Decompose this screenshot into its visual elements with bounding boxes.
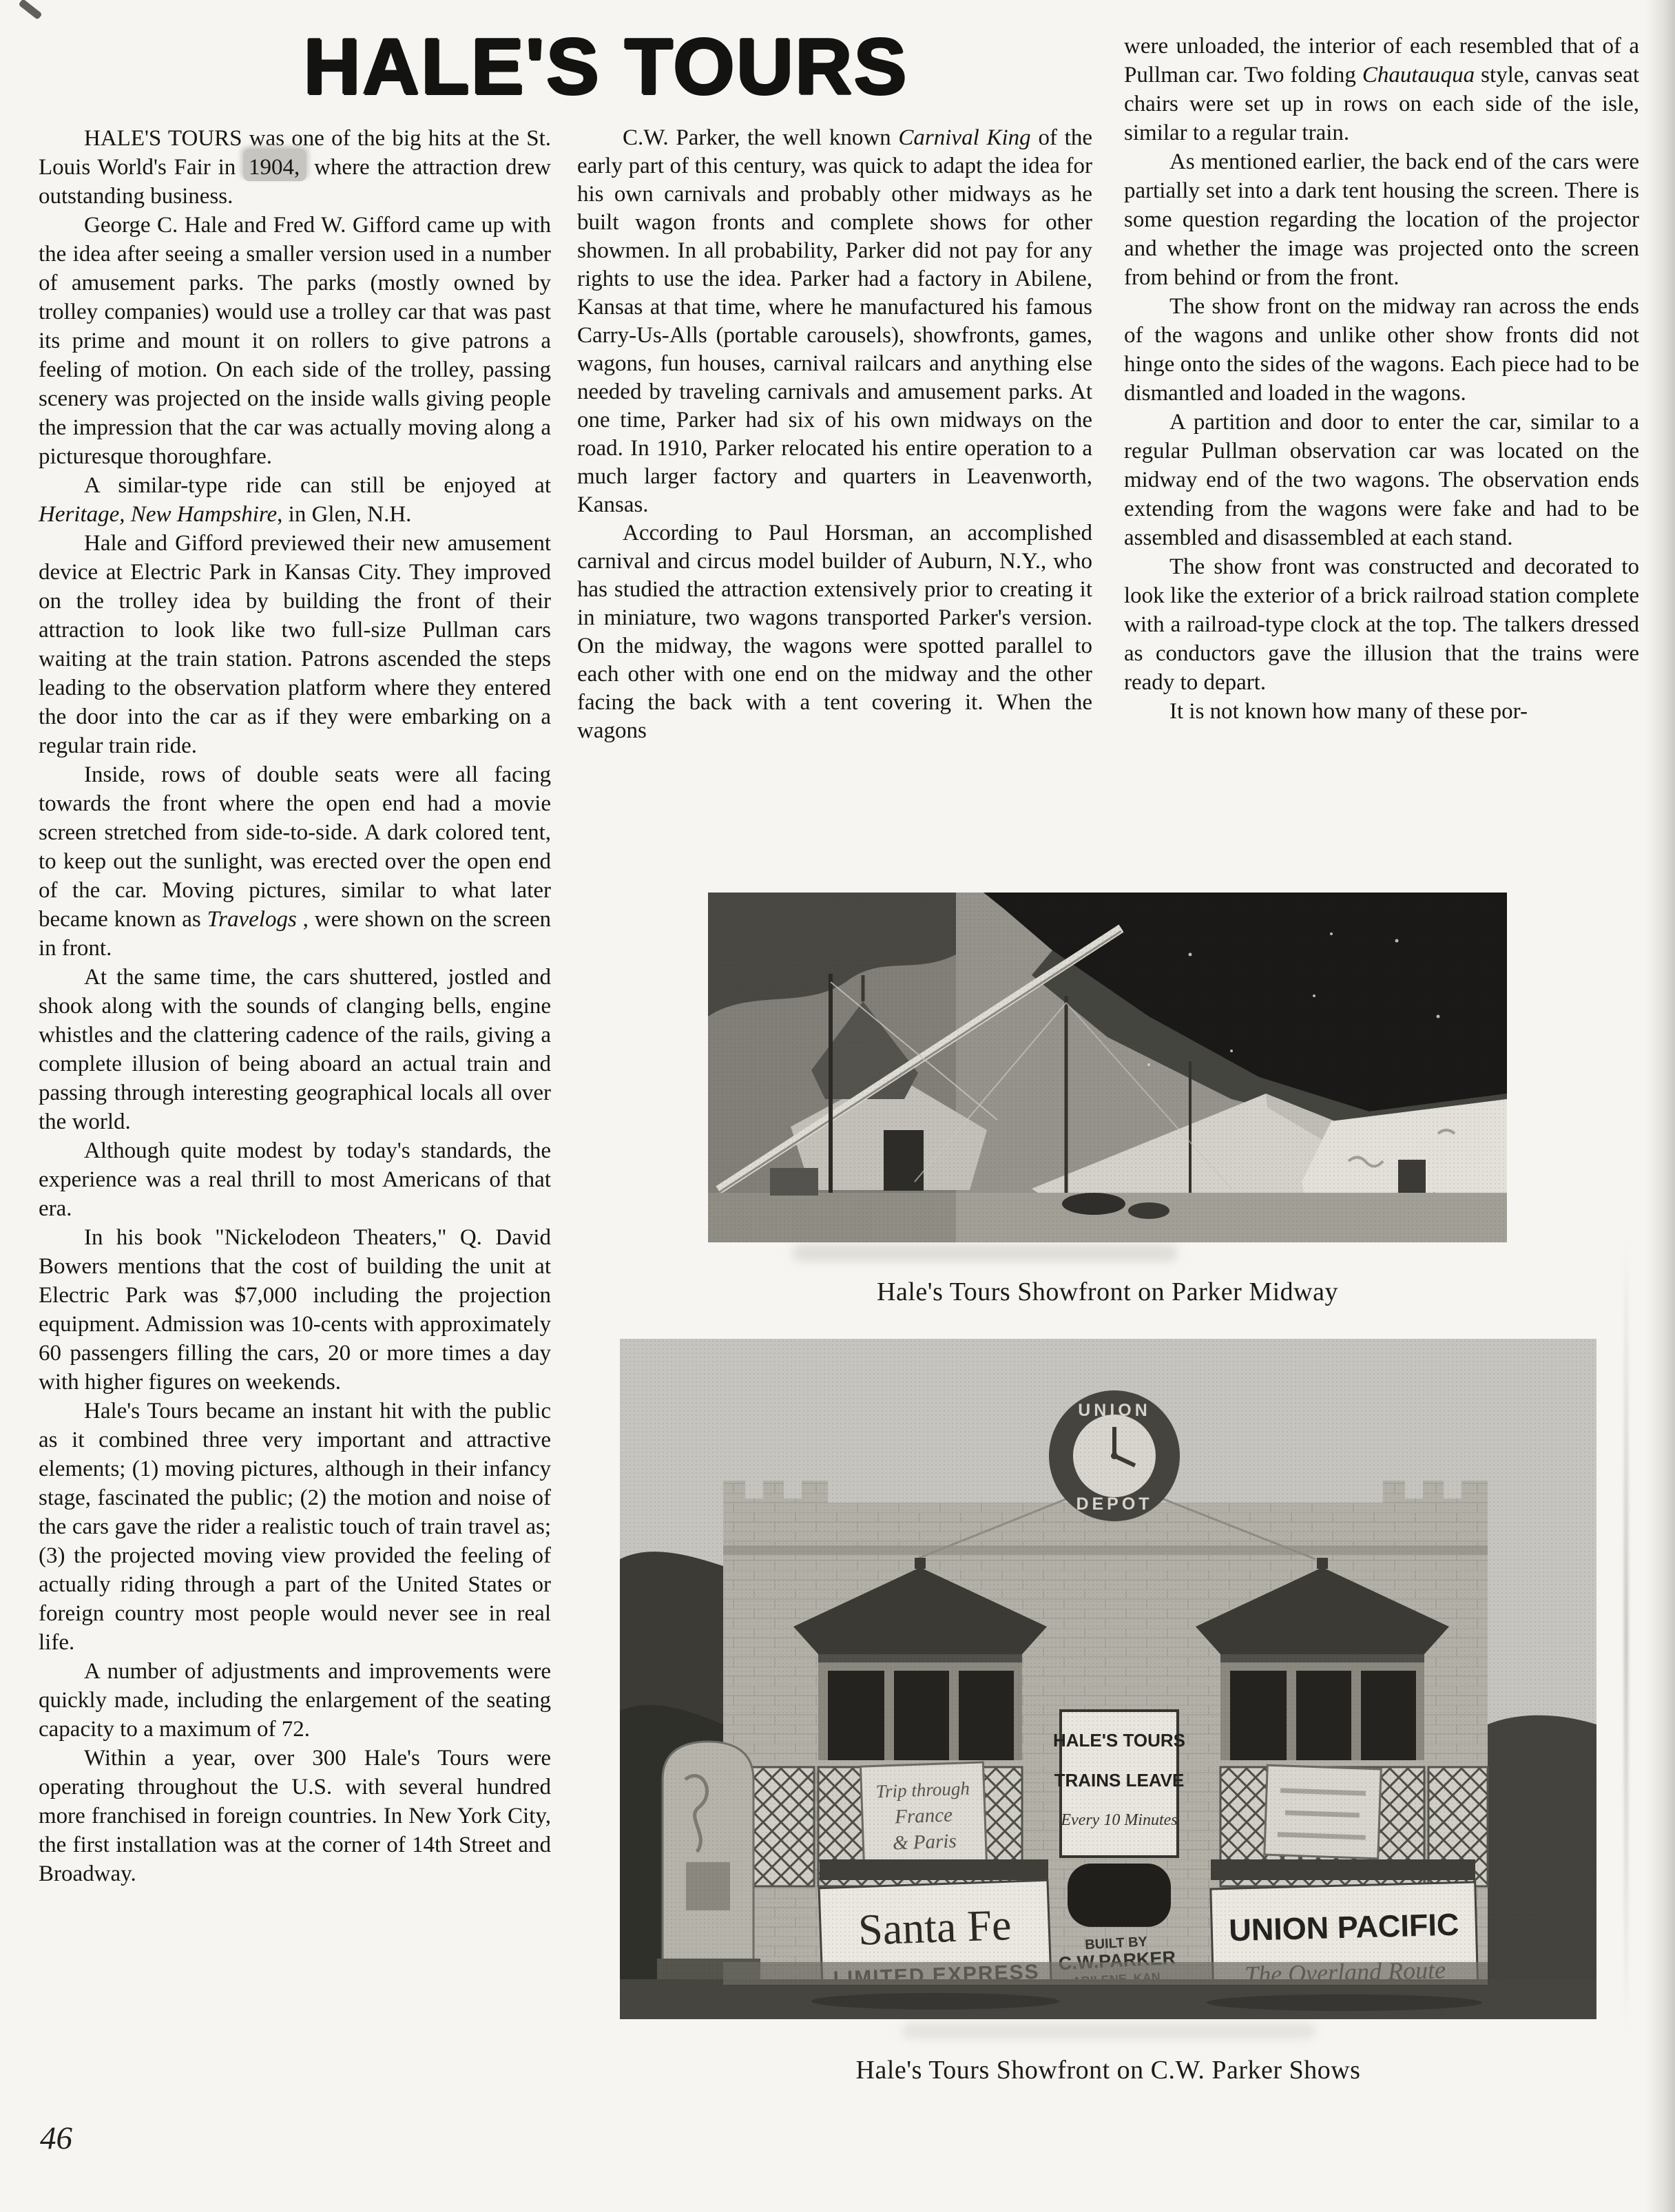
figure-caption-midway: Hale's Tours Showfront on Parker Midway	[708, 1277, 1507, 1307]
text-segment: Chautauqua	[1362, 63, 1475, 87]
column-middle: C.W. Parker, the well known Carnival Kin…	[577, 124, 1092, 745]
text-segment: Hale's Tours became an instant hit with …	[39, 1399, 551, 1655]
text-segment: Travelogs	[207, 907, 297, 932]
text-segment: According to Paul Horsman, an accomplish…	[577, 521, 1092, 743]
text-segment: A number of adjustments and improvements…	[39, 1659, 551, 1742]
paragraph: The show front on the midway ran across …	[1124, 292, 1639, 408]
paragraph: A number of adjustments and improvements…	[39, 1657, 551, 1744]
paragraph: Hale and Gifford previewed their new amu…	[39, 529, 551, 760]
scan-artifact-right-edge	[1646, 0, 1675, 2212]
paragraph: A partition and door to enter the car, s…	[1124, 408, 1639, 552]
text-segment: A partition and door to enter the car, s…	[1124, 410, 1639, 550]
paragraph: A similar-type ride can still be enjoyed…	[39, 471, 551, 529]
paragraph: Hale's Tours became an instant hit with …	[39, 1397, 551, 1657]
text-segment: As mentioned earlier, the back end of th…	[1124, 149, 1639, 290]
paragraph: Although quite modest by today's standar…	[39, 1136, 551, 1223]
paragraph: At the same time, the cars shuttered, jo…	[39, 963, 551, 1136]
paragraph: The show front was constructed and decor…	[1124, 552, 1639, 697]
text-segment: Heritage, New Hampshire	[39, 502, 277, 527]
column-left: HALE'S TOURS was one of the big hits at …	[39, 124, 551, 1888]
paragraph: C.W. Parker, the well known Carnival Kin…	[577, 124, 1092, 519]
article-title: HALE'S TOURS	[289, 26, 923, 109]
paragraph: In his book "Nickelodeon Theaters," Q. D…	[39, 1223, 551, 1397]
figure-parker-shows: UNION DEPOT Trip th	[620, 1339, 1596, 2085]
text-segment: The show front on the midway ran across …	[1124, 294, 1639, 406]
text-segment: Although quite modest by today's standar…	[39, 1138, 551, 1221]
paragraph: Inside, rows of double seats were all fa…	[39, 760, 551, 963]
text-segment: At the same time, the cars shuttered, jo…	[39, 965, 551, 1134]
figure-parker-midway: Hale's Tours Showfront on Parker Midway	[708, 893, 1507, 1307]
text-segment: Hale and Gifford previewed their new amu…	[39, 531, 551, 758]
scan-crease	[1624, 1240, 1628, 2032]
paragraph: were unloaded, the interior of each rese…	[1124, 32, 1639, 147]
text-segment: , in Glen, N.H.	[277, 502, 411, 527]
paragraph: George C. Hale and Fred W. Gifford came …	[39, 211, 551, 471]
text-segment: It is not known how many of these por-	[1169, 699, 1528, 724]
photo-midway-scene	[708, 893, 1507, 1242]
paragraph: It is not known how many of these por-	[1124, 697, 1639, 726]
paragraph: Within a year, over 300 Hale's Tours wer…	[39, 1744, 551, 1888]
text-segment: of the early part of this century, was q…	[577, 125, 1092, 517]
text-segment: The show front was constructed and decor…	[1124, 554, 1639, 695]
column-right: were unloaded, the interior of each rese…	[1124, 32, 1639, 726]
text-segment: Carnival King	[898, 125, 1030, 150]
text-segment: Within a year, over 300 Hale's Tours wer…	[39, 1746, 551, 1886]
photo-union-depot-showfront: UNION DEPOT Trip th	[620, 1339, 1596, 2019]
text-segment: In his book "Nickelodeon Theaters," Q. D…	[39, 1225, 551, 1395]
magazine-page: HALE'S TOURS HALE'S TOURS was one of the…	[0, 0, 1675, 2212]
figure-caption-parker-shows: Hale's Tours Showfront on C.W. Parker Sh…	[620, 2055, 1596, 2085]
page-number: 46	[40, 2120, 72, 2157]
text-segment: A similar-type ride can still be enjoyed…	[84, 473, 551, 498]
paragraph: According to Paul Horsman, an accomplish…	[577, 519, 1092, 745]
scan-speck	[18, 0, 42, 20]
text-segment: George C. Hale and Fred W. Gifford came …	[39, 213, 551, 469]
paragraph: HALE'S TOURS was one of the big hits at …	[39, 124, 551, 211]
highlighted-text: 1904,	[243, 149, 306, 181]
text-segment: C.W. Parker, the well known	[623, 125, 898, 150]
paragraph: As mentioned earlier, the back end of th…	[1124, 147, 1639, 292]
